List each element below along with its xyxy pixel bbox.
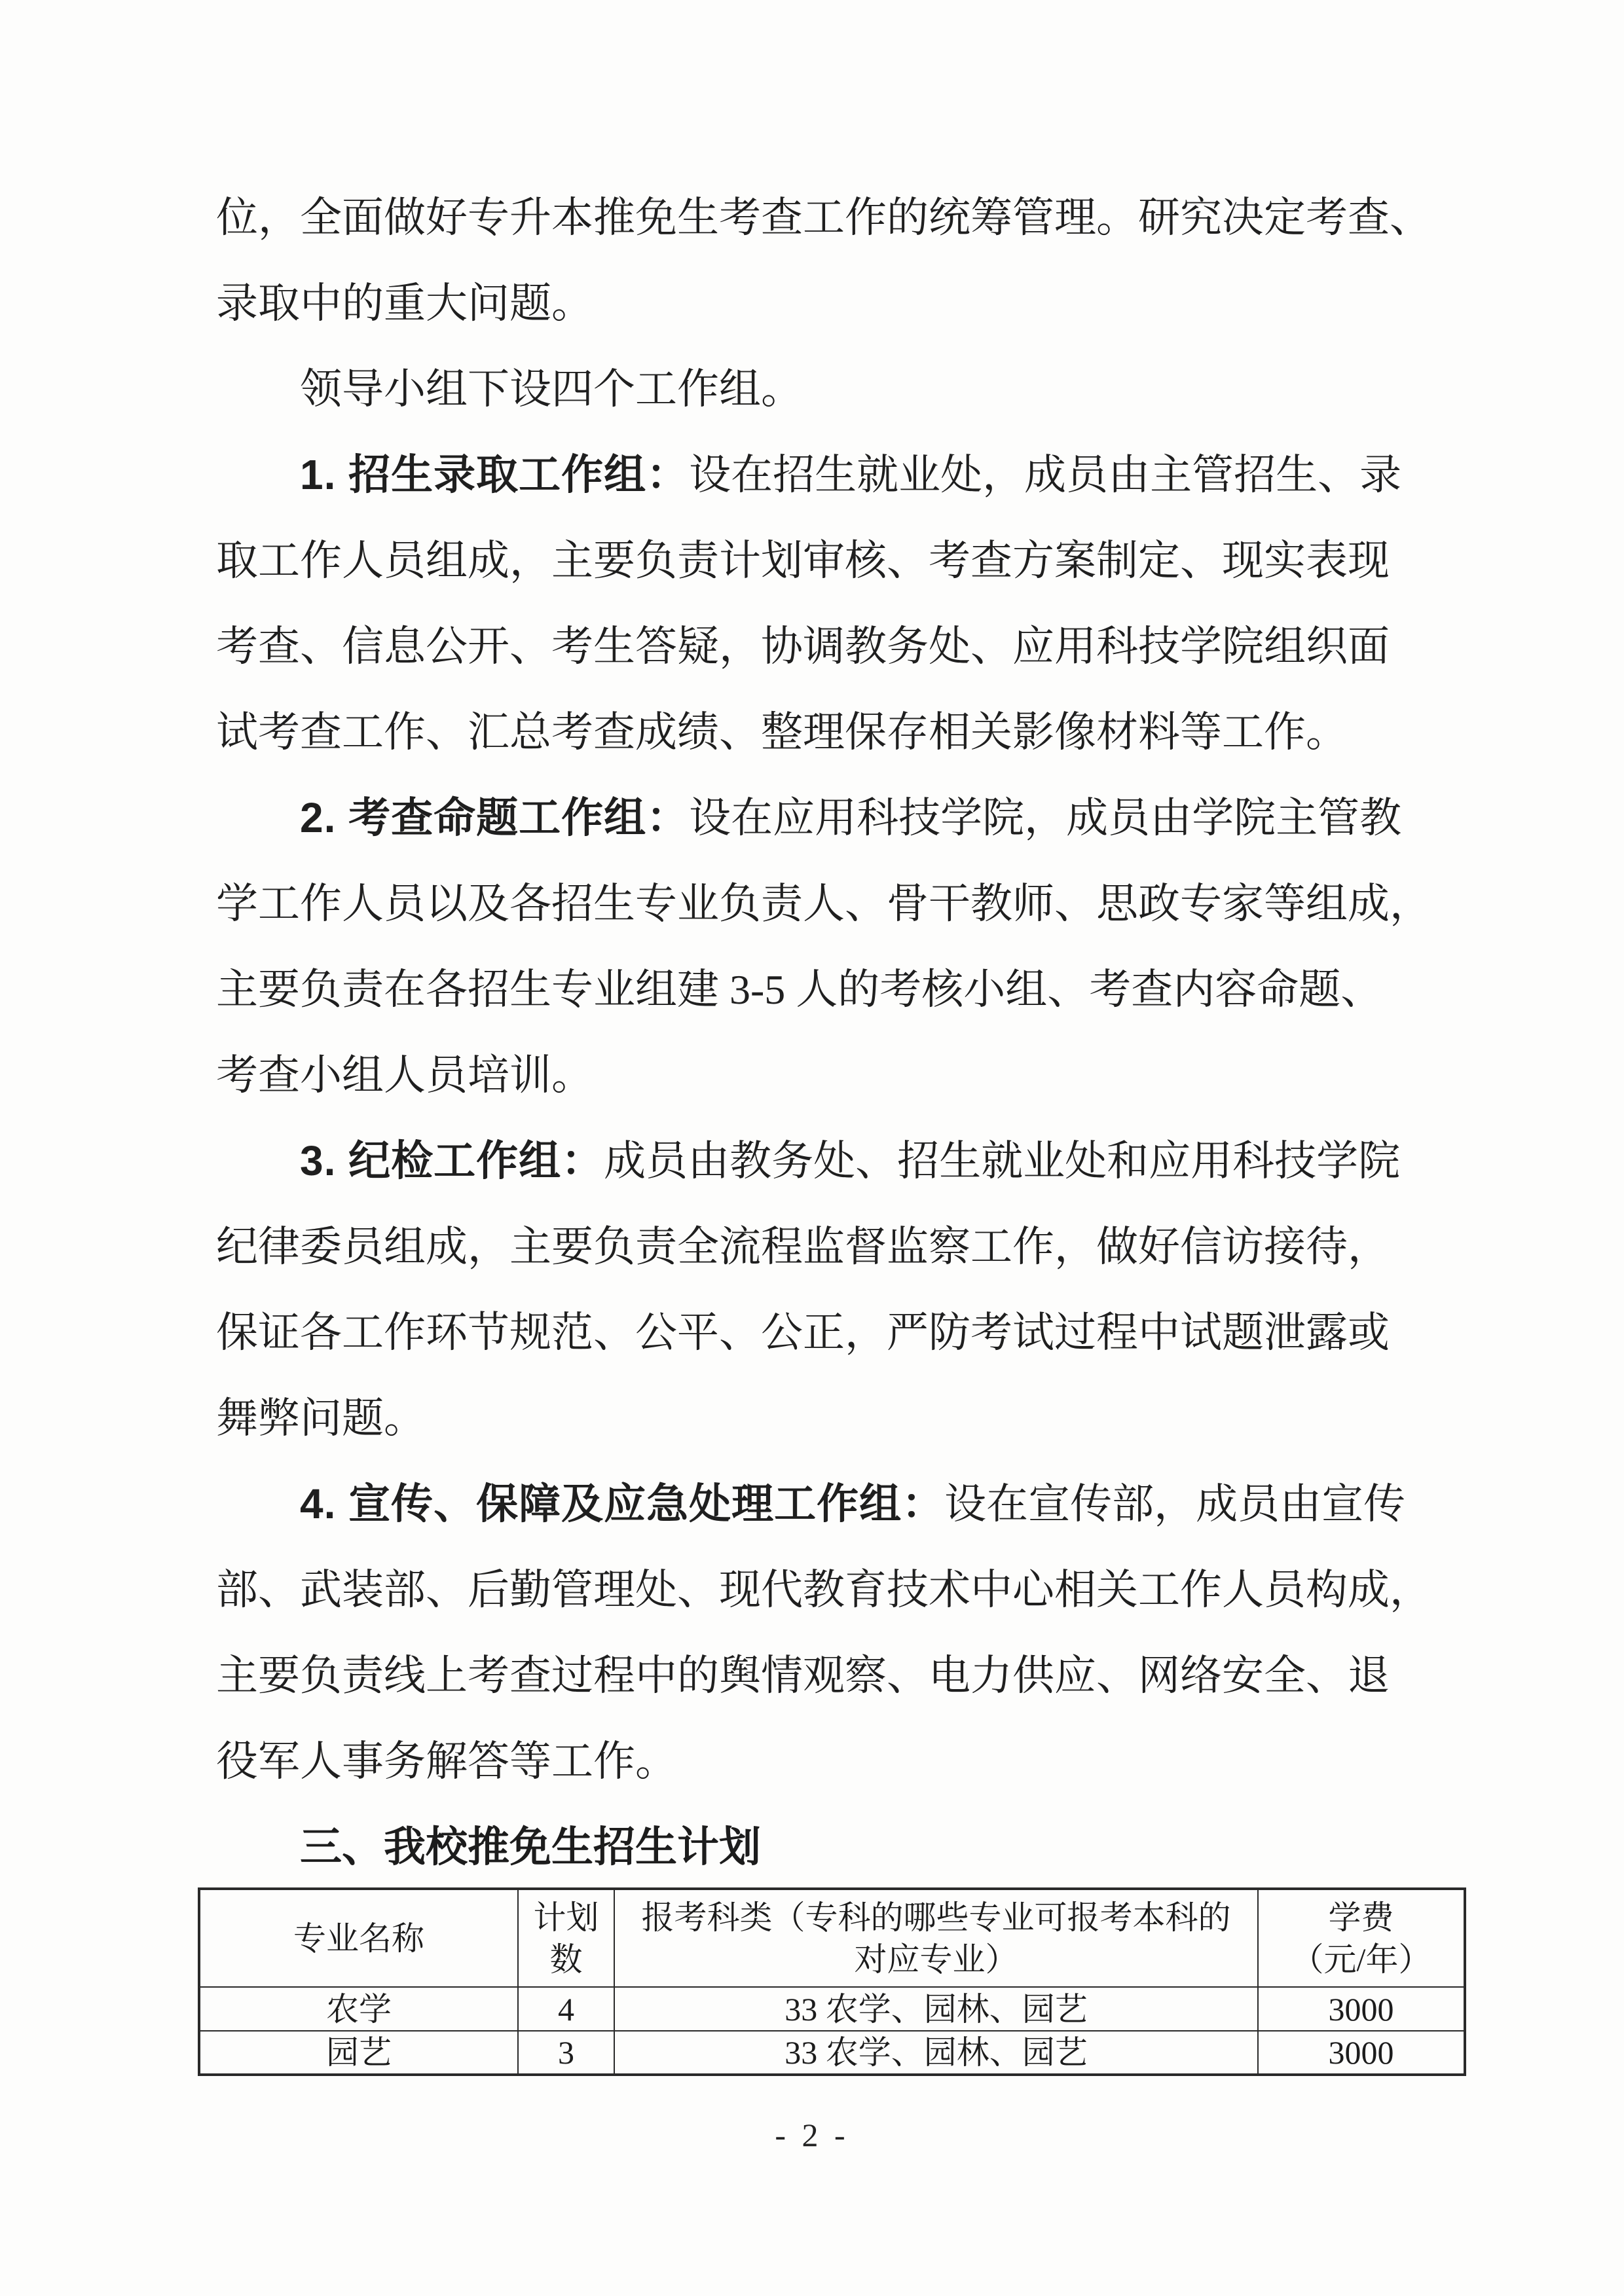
body-line: 保证各工作环节规范、公平、公正，严防考试过程中试题泄露或 <box>216 1290 1434 1376</box>
body-line: 试考查工作、汇总考查成绩、整理保存相关影像材料等工作。 <box>216 689 1434 775</box>
line-bold-label: 4. 宣传、保障及应急处理工作组： <box>300 1480 944 1527</box>
body-line: 主要负责在各招生专业组建 3-5 人的考核小组、考查内容命题、 <box>216 947 1434 1032</box>
header-categories: 报考科类（专科的哪些专业可报考本科的 对应专业） <box>614 1889 1258 1987</box>
cell-plan-count: 3 <box>518 2031 614 2075</box>
plan-table: 专业名称 计划 数 报考科类（专科的哪些专业可报考本科的 对应专业） 学费 （元… <box>198 1887 1466 2076</box>
table-header-row: 专业名称 计划 数 报考科类（专科的哪些专业可报考本科的 对应专业） 学费 （元… <box>199 1889 1465 1987</box>
line-text: 考查、信息公开、考生答疑，协调教务处、应用科技学院组织面 <box>216 623 1390 670</box>
line-text: 设在应用科技学院，成员由学院主管教 <box>689 795 1401 841</box>
line-text: 役军人事务解答等工作。 <box>216 1738 677 1785</box>
line-text: 设在招生就业处，成员由主管招生、录 <box>689 452 1401 498</box>
line-text: 领导小组下设四个工作组。 <box>300 366 803 412</box>
body-line: 主要负责线上考查过程中的舆情观察、电力供应、网络安全、退 <box>216 1633 1434 1719</box>
body-line: 部、武装部、后勤管理处、现代教育技术中心相关工作人员构成， <box>216 1547 1434 1633</box>
body-line: 录取中的重大问题。 <box>216 261 1434 346</box>
cell-tuition: 3000 <box>1258 2031 1465 2075</box>
line-text: 部、武装部、后勤管理处、现代教育技术中心相关工作人员构成， <box>216 1567 1431 1613</box>
line-text: 位，全面做好专升本推免生考查工作的统筹管理。研究决定考查、 <box>216 194 1431 241</box>
header-major: 专业名称 <box>199 1889 518 1987</box>
cell-categories: 33 农学、园林、园艺 <box>614 2031 1258 2075</box>
cell-major: 园艺 <box>199 2031 518 2075</box>
cell-tuition: 3000 <box>1258 1987 1465 2031</box>
line-text: 录取中的重大问题。 <box>216 280 593 327</box>
line-bold-label: 2. 考查命题工作组： <box>300 794 689 841</box>
body-line: 领导小组下设四个工作组。 <box>216 346 1434 432</box>
body-line: 舞弊问题。 <box>216 1376 1434 1461</box>
line-bold-label: 1. 招生录取工作组： <box>300 451 689 498</box>
page-number: - 2 - <box>0 2116 1624 2154</box>
body-line: 学工作人员以及各招生专业负责人、骨干教师、思政专家等组成， <box>216 861 1434 947</box>
line-text: 舞弊问题。 <box>216 1395 426 1442</box>
body-line: 位，全面做好专升本推免生考查工作的统筹管理。研究决定考查、 <box>216 175 1434 261</box>
header-plan-count: 计划 数 <box>518 1889 614 1987</box>
line-text: 考查小组人员培训。 <box>216 1052 593 1099</box>
line-text: 设在宣传部，成员由宣传 <box>944 1481 1405 1527</box>
line-text: 试考查工作、汇总考查成绩、整理保存相关影像材料等工作。 <box>216 709 1348 756</box>
section-heading: 三、我校推免生招生计划 <box>300 1804 761 1890</box>
body-line: 2. 考查命题工作组：设在应用科技学院，成员由学院主管教 <box>216 775 1434 861</box>
cell-plan-count: 4 <box>518 1987 614 2031</box>
body-line: 役军人事务解答等工作。 <box>216 1719 1434 1804</box>
body-line: 取工作人员组成，主要负责计划审核、考查方案制定、现实表现 <box>216 518 1434 604</box>
document-page: 位，全面做好专升本推免生考查工作的统筹管理。研究决定考查、 录取中的重大问题。 … <box>0 0 1624 2296</box>
body-line: 4. 宣传、保障及应急处理工作组：设在宣传部，成员由宣传 <box>216 1461 1434 1547</box>
body-line: 考查小组人员培训。 <box>216 1032 1434 1118</box>
body-line: 纪律委员组成，主要负责全流程监督监察工作，做好信访接待， <box>216 1204 1434 1290</box>
cell-major: 农学 <box>199 1987 518 2031</box>
body-text: 位，全面做好专升本推免生考查工作的统筹管理。研究决定考查、 录取中的重大问题。 … <box>216 175 1434 1804</box>
line-bold-label: 3. 纪检工作组： <box>300 1137 604 1184</box>
line-text: 学工作人员以及各招生专业负责人、骨干教师、思政专家等组成， <box>216 881 1431 927</box>
body-line: 1. 招生录取工作组：设在招生就业处，成员由主管招生、录 <box>216 432 1434 518</box>
body-line: 3. 纪检工作组：成员由教务处、招生就业处和应用科技学院 <box>216 1118 1434 1204</box>
line-text: 纪律委员组成，主要负责全流程监督监察工作，做好信访接待， <box>216 1224 1390 1270</box>
line-text: 成员由教务处、招生就业处和应用科技学院 <box>604 1138 1400 1184</box>
cell-categories: 33 农学、园林、园艺 <box>614 1987 1258 2031</box>
line-text: 取工作人员组成，主要负责计划审核、考查方案制定、现实表现 <box>216 538 1390 584</box>
body-line: 考查、信息公开、考生答疑，协调教务处、应用科技学院组织面 <box>216 604 1434 689</box>
line-text: 主要负责在各招生专业组建 3-5 人的考核小组、考查内容命题、 <box>216 966 1382 1013</box>
header-tuition: 学费 （元/年） <box>1258 1889 1465 1987</box>
line-text: 保证各工作环节规范、公平、公正，严防考试过程中试题泄露或 <box>216 1309 1390 1356</box>
line-text: 主要负责线上考查过程中的舆情观察、电力供应、网络安全、退 <box>216 1652 1390 1699</box>
table-row: 园艺 3 33 农学、园林、园艺 3000 <box>199 2031 1465 2075</box>
table-row: 农学 4 33 农学、园林、园艺 3000 <box>199 1987 1465 2031</box>
